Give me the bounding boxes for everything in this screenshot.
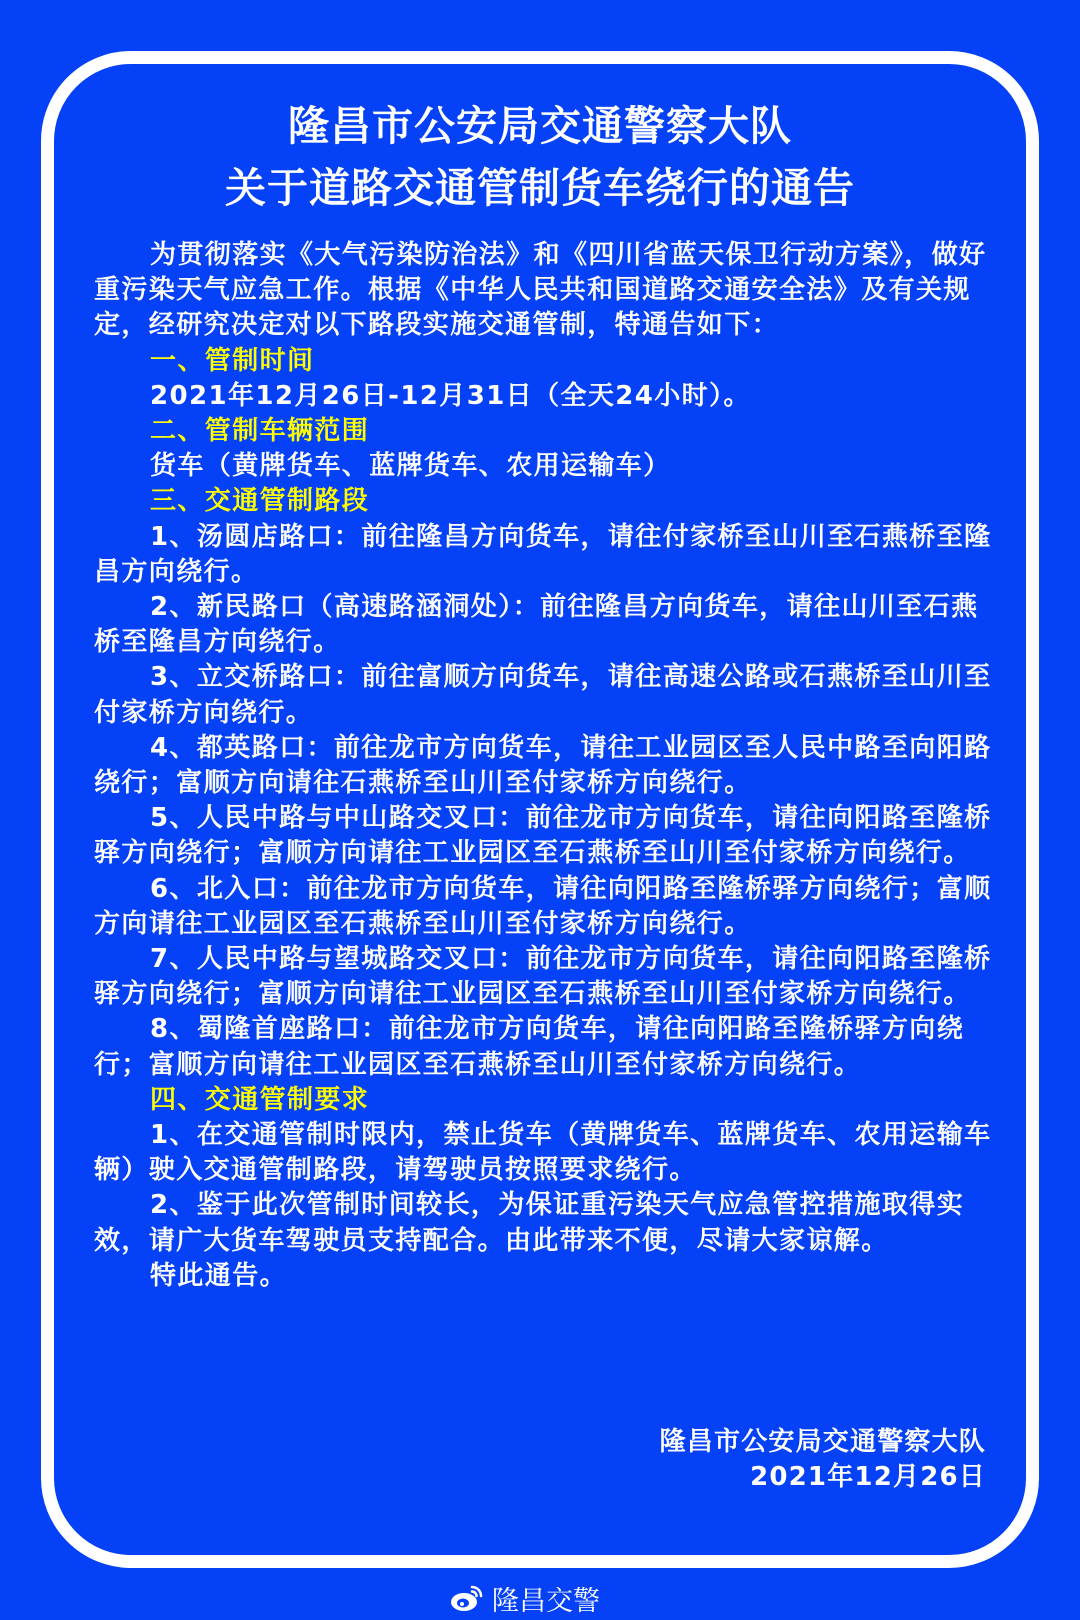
road-section-item: 3、立交桥路口：前往富顺方向货车，请往高速公路或石燕桥至山川至付家桥方向绕行。 [94, 660, 994, 730]
title-line-1: 隆昌市公安局交通警察大队 [0, 96, 1080, 156]
closing-line: 特此通告。 [94, 1259, 994, 1294]
requirement-item: 2、鉴于此次管制时间较长，为保证重污染天气应急管控措施取得实效，请广大货车驾驶员… [94, 1188, 994, 1258]
road-section-item: 6、北入口：前往龙市方向货车，请往向阳路至隆桥驿方向绕行；富顺方向请往工业园区至… [94, 872, 994, 942]
road-section-item: 4、都英路口：前往龙市方向货车，请往工业园区至人民中路至向阳路绕行；富顺方向请往… [94, 731, 994, 801]
road-section-item: 2、新民路口（高速路涵洞处）：前往隆昌方向货车，请往山川至石燕桥至隆昌方向绕行。 [94, 590, 994, 660]
road-section-item: 5、人民中路与中山路交叉口：前往龙市方向货车，请往向阳路至隆桥驿方向绕行；富顺方… [94, 801, 994, 871]
section-heading-vehicles: 二、管制车辆范围 [94, 414, 994, 449]
section-heading-time: 一、管制时间 [94, 344, 994, 379]
signature-issuer: 隆昌市公安局交通警察大队 [660, 1425, 986, 1460]
requirement-item: 1、在交通管制时限内，禁止货车（黄牌货车、蓝牌货车、农用运输车辆）驶入交通管制路… [94, 1118, 994, 1188]
section-heading-requirements: 四、交通管制要求 [94, 1083, 994, 1118]
section-heading-road-sections: 三、交通管制路段 [94, 484, 994, 519]
signature-date: 2021年12月26日 [660, 1460, 986, 1495]
road-section-item: 8、蜀隆首座路口：前往龙市方向货车，请往向阳路至隆桥驿方向绕行；富顺方向请往工业… [94, 1012, 994, 1082]
road-section-item: 7、人民中路与望城路交叉口：前往龙市方向货车，请往向阳路至隆桥驿方向绕行；富顺方… [94, 942, 994, 1012]
section-content-time: 2021年12月26日-12月31日（全天24小时）。 [94, 379, 994, 414]
weibo-watermark: 隆昌交警 [450, 1578, 600, 1618]
road-section-item: 1、汤圆店路口：前往隆昌方向货车，请往付家桥至山川至石燕桥至隆昌方向绕行。 [94, 520, 994, 590]
section-content-vehicles: 货车（黄牌货车、蓝牌货车、农用运输车） [94, 449, 994, 484]
title-line-2: 关于道路交通管制货车绕行的通告 [0, 158, 1080, 218]
weibo-account-name: 隆昌交警 [492, 1579, 600, 1618]
intro-paragraph: 为贯彻落实《大气污染防治法》和《四川省蓝天保卫行动方案》，做好重污染天气应急工作… [94, 238, 994, 344]
signature-block: 隆昌市公安局交通警察大队 2021年12月26日 [660, 1425, 986, 1495]
weibo-icon [450, 1583, 484, 1613]
notice-body: 为贯彻落实《大气污染防治法》和《四川省蓝天保卫行动方案》，做好重污染天气应急工作… [94, 238, 994, 1294]
